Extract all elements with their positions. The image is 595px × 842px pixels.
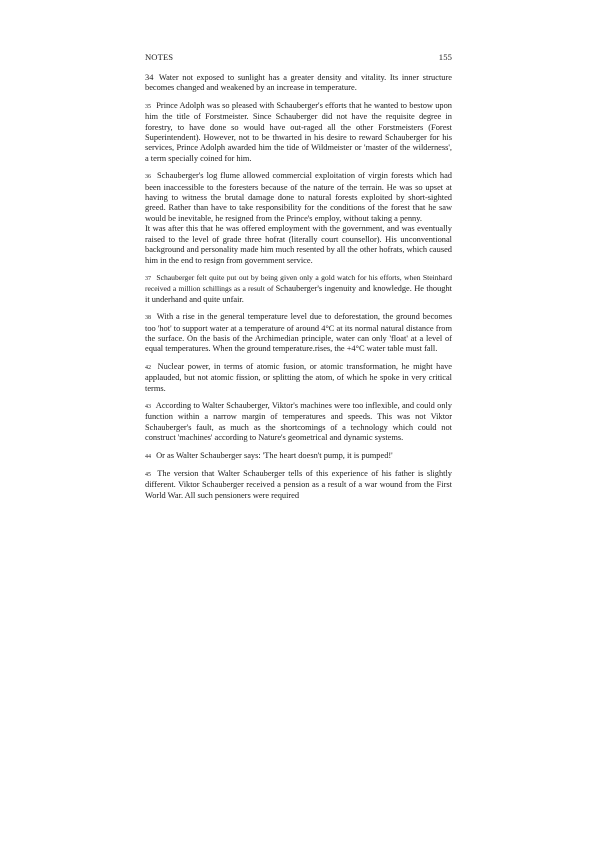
note-43: 43 According to Walter Schauberger, Vikt… (145, 401, 452, 444)
note-text: Water not exposed to sunlight has a grea… (145, 73, 452, 92)
note-number: 45 (145, 472, 151, 478)
note-text: Nuclear power, in terms of atomic fusion… (145, 362, 452, 393)
note-text: With a rise in the general temperature l… (145, 312, 452, 353)
note-number: 42 (145, 365, 151, 371)
note-44: 44 Or as Walter Schauberger says: 'The h… (145, 451, 452, 462)
document-page: NOTES 155 34 Water not exposed to sunlig… (145, 52, 452, 508)
note-number: 34 (145, 73, 153, 82)
section-title: NOTES (145, 52, 173, 64)
note-number: 43 (145, 404, 151, 410)
note-34: 34 Water not exposed to sunlight has a g… (145, 73, 452, 94)
note-38: 38 With a rise in the general temperatur… (145, 312, 452, 355)
note-number: 38 (145, 315, 151, 321)
note-37: 37 Schauberger felt quite put out by bei… (145, 273, 452, 305)
note-text: According to Walter Schauberger, Viktor'… (145, 401, 452, 442)
page-number: 155 (439, 52, 452, 64)
note-number: 44 (145, 454, 151, 460)
note-42: 42 Nuclear power, in terms of atomic fus… (145, 362, 452, 394)
note-continuation: It was after this that he was offered em… (145, 224, 452, 266)
note-45: 45 The version that Walter Schauberger t… (145, 469, 452, 501)
note-number: 35 (145, 104, 151, 110)
note-text: Or as Walter Schauberger says: 'The hear… (156, 451, 393, 460)
note-35: 35 Prince Adolph was so pleased with Sch… (145, 101, 452, 164)
note-number: 36 (145, 174, 151, 180)
note-number: 37 (145, 276, 151, 282)
running-header: NOTES 155 (145, 52, 452, 64)
note-36: 36 Schauberger's log flume allowed comme… (145, 171, 452, 266)
note-text: The version that Walter Schauberger tell… (145, 469, 452, 500)
note-text: Prince Adolph was so pleased with Schaub… (145, 101, 452, 163)
note-text: Schauberger's log flume allowed commerci… (145, 171, 452, 223)
